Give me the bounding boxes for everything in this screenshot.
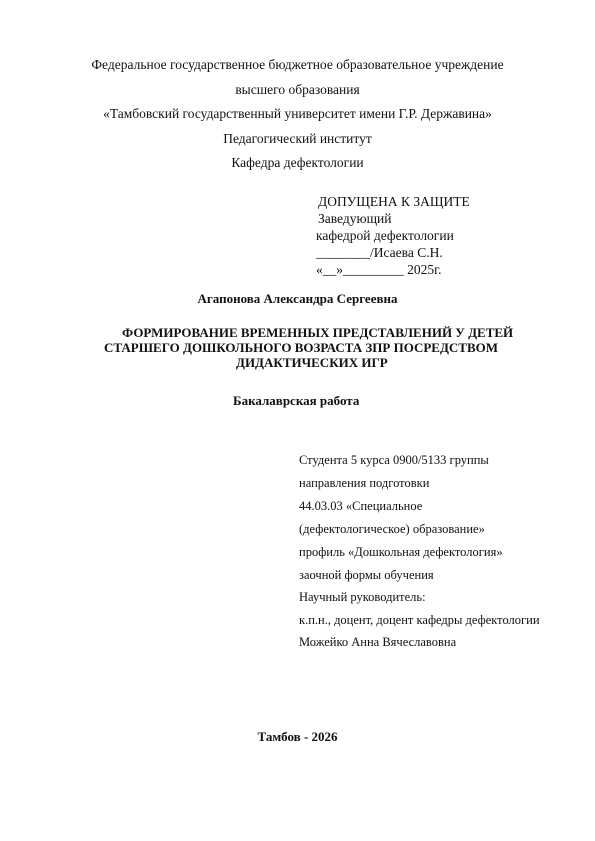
student-info-line: направления подготовки (299, 475, 429, 491)
approval-signature: ________/Исаева С.Н. (316, 245, 443, 261)
student-info-line: 44.03.03 «Специальное (299, 498, 422, 514)
thesis-title-line1: ФОРМИРОВАНИЕ ВРЕМЕННЫХ ПРЕДСТАВЛЕНИЙ У Д… (122, 325, 513, 341)
work-type: Бакалаврская работа (233, 393, 359, 409)
student-info-line: заочной формы обучения (299, 567, 434, 583)
thesis-title-line3: ДИДАКТИЧЕСКИХ ИГР (236, 355, 388, 371)
student-info-line: (дефектологическое) образование» (299, 521, 485, 537)
student-info-line: к.п.н., доцент, доцент кафедры дефектоло… (299, 612, 540, 628)
approval-role: Заведующий (318, 211, 391, 227)
university-name: «Тамбовский государственный университет … (0, 106, 595, 122)
thesis-title-line2: СТАРШЕГО ДОШКОЛЬНОГО ВОЗРАСТА ЗПР ПОСРЕД… (104, 340, 498, 356)
institution-type: Федеральное государственное бюджетное об… (0, 57, 595, 73)
institute-name: Педагогический институт (0, 131, 595, 147)
approval-department: кафедрой дефектологии (316, 228, 454, 244)
approval-date: «__»_________ 2025г. (316, 262, 442, 278)
student-info-line: Научный руководитель: (299, 589, 426, 605)
education-level: высшего образования (0, 82, 595, 98)
department-name: Кафедра дефектологии (0, 155, 595, 171)
student-info-line: Можейко Анна Вячеславовна (299, 634, 456, 650)
author-name: Агапонова Александра Сергеевна (0, 291, 595, 307)
student-info-line: Студента 5 курса 0900/5133 группы (299, 452, 489, 468)
student-info-line: профиль «Дошкольная дефектология» (299, 544, 503, 560)
city-year: Тамбов - 2026 (0, 729, 595, 745)
approval-title: ДОПУЩЕНА К ЗАЩИТЕ (318, 194, 470, 210)
